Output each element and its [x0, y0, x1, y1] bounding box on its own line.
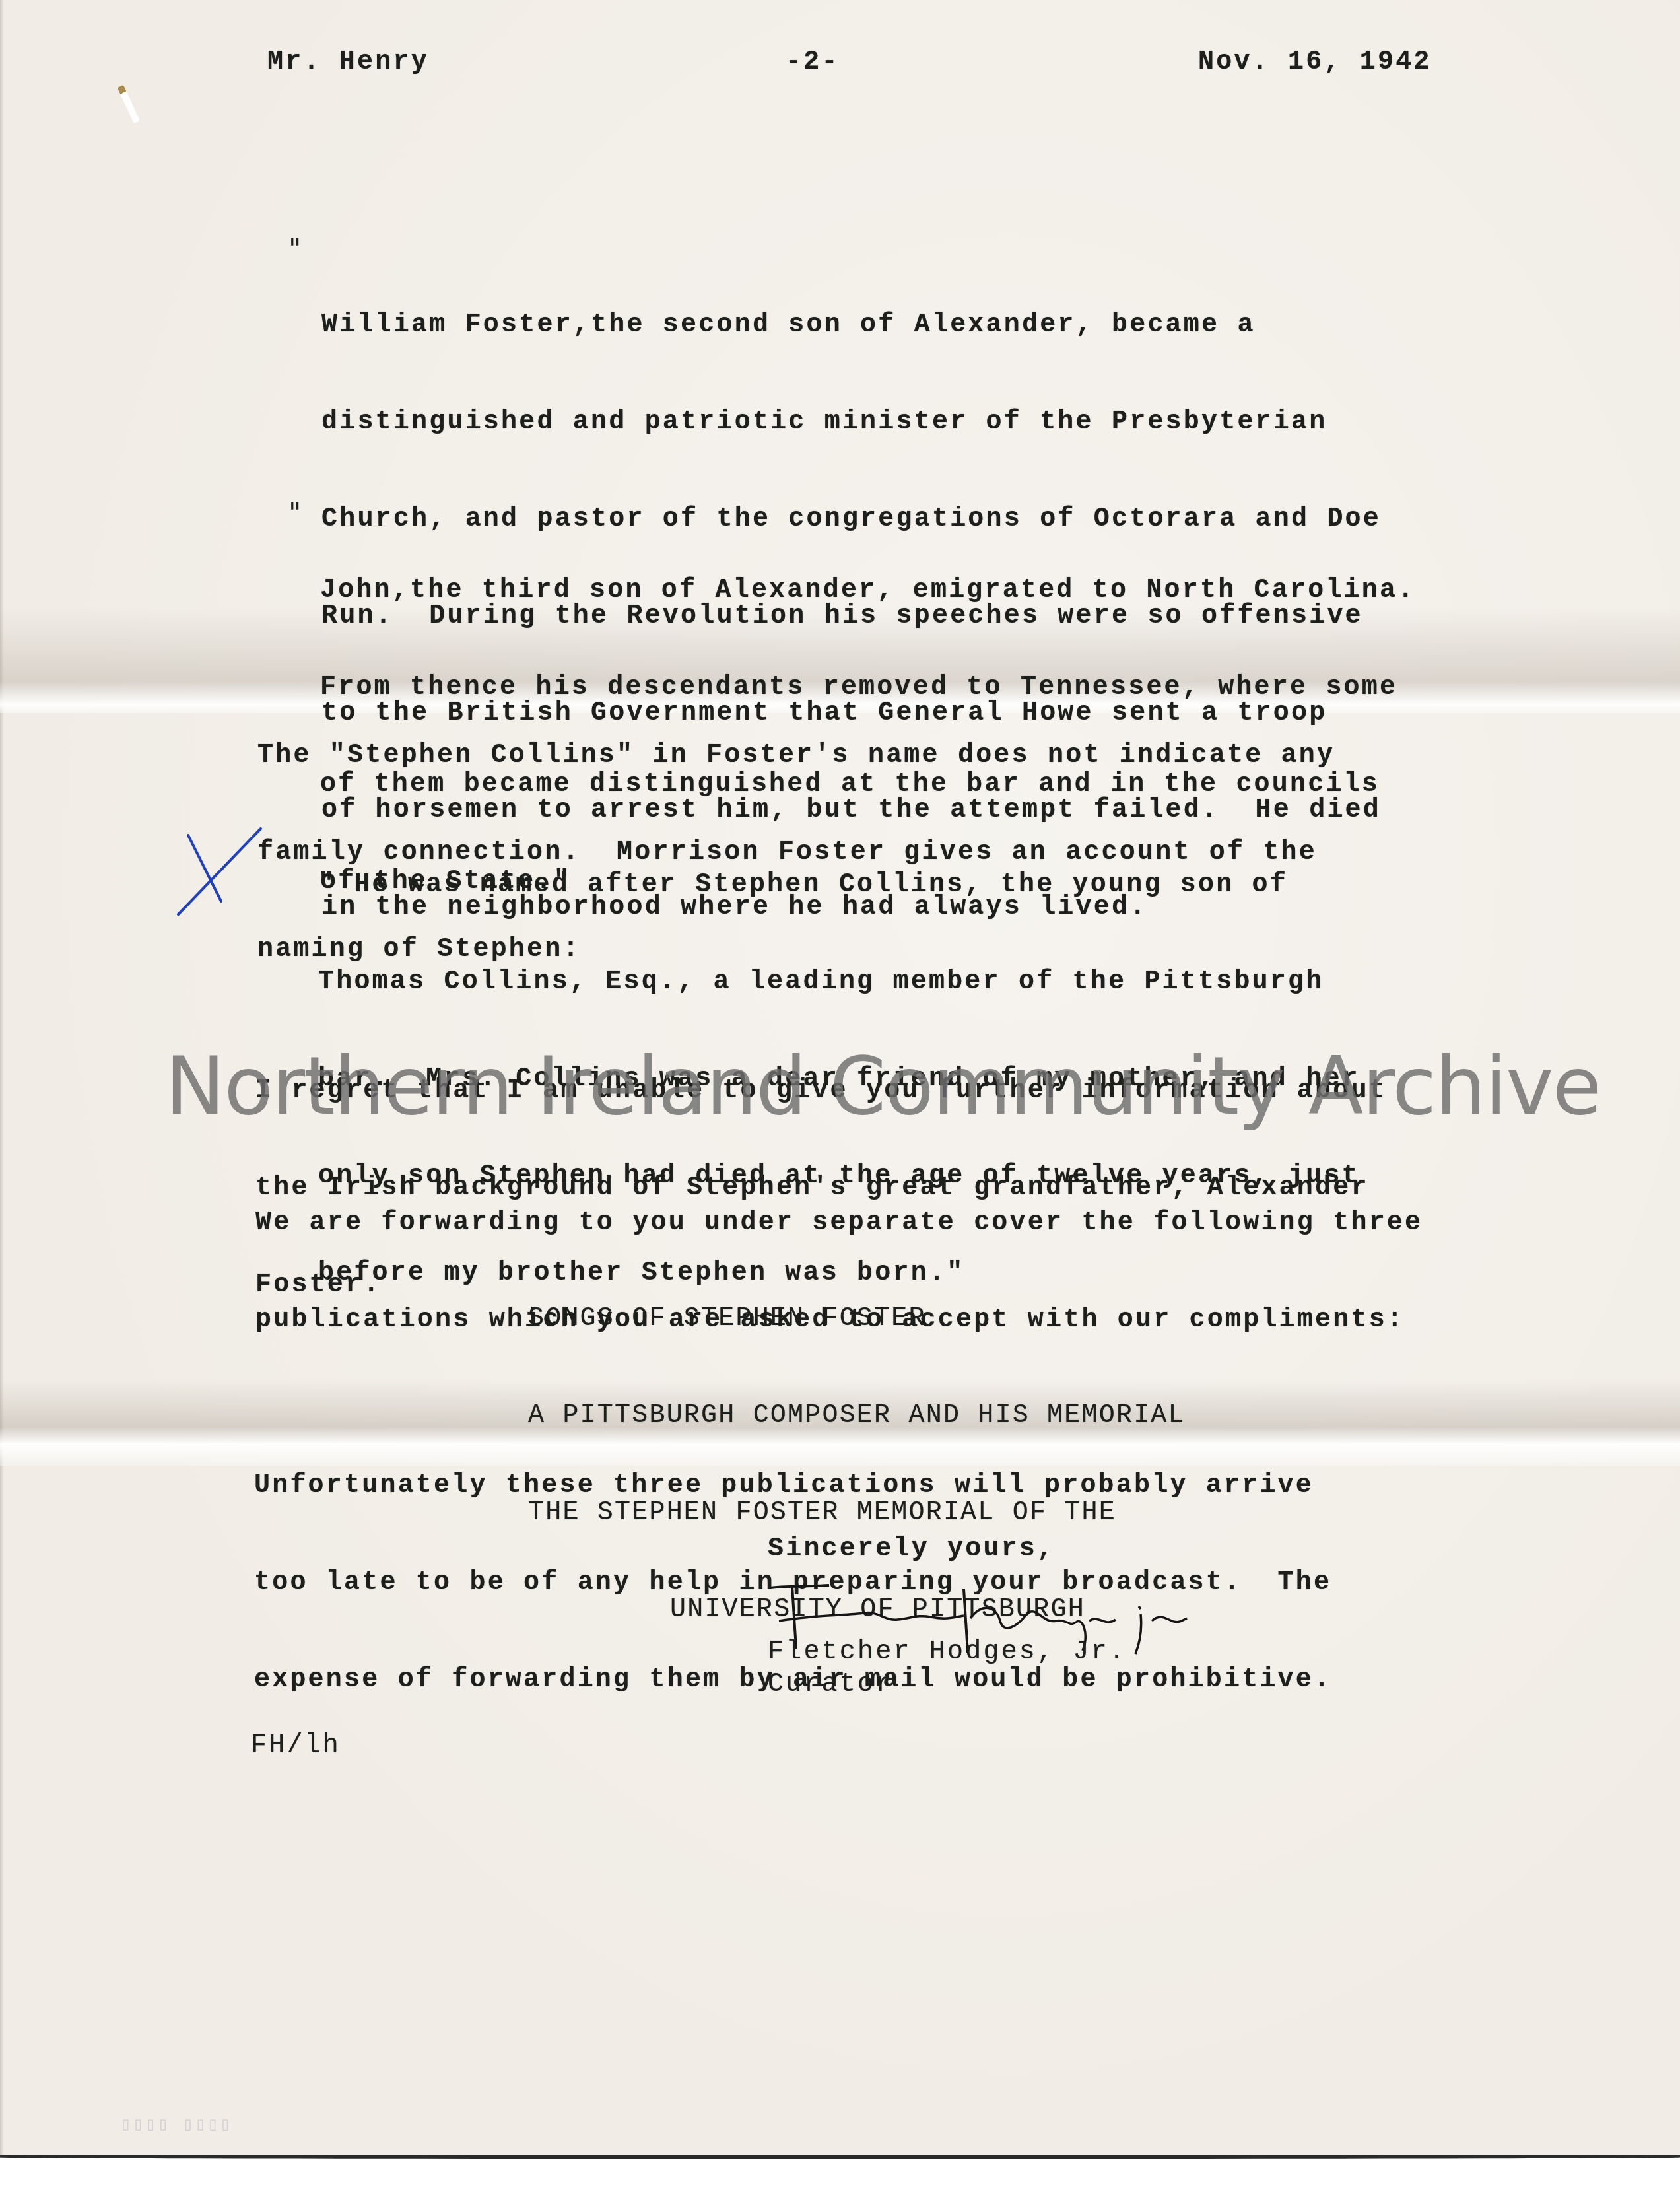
- text-line: Thomas Collins, Esq., a leading member o…: [318, 966, 1360, 998]
- text-line: William Foster,the second son of Alexand…: [321, 309, 1381, 341]
- page-bottom-edge: [0, 2155, 1680, 2159]
- header-recipient: Mr. Henry: [267, 46, 429, 79]
- handwritten-open-quote: ": [288, 496, 301, 529]
- text-line: distinguished and patriotic minister of …: [321, 406, 1381, 438]
- closing-salutation: Sincerely yours,: [768, 1533, 1055, 1565]
- text-line: We are forwarding to you under separate …: [255, 1207, 1423, 1239]
- page-left-edge: [0, 0, 4, 2158]
- blue-ink-x-mark: [165, 822, 271, 921]
- signer-name: Fletcher Hodges, Jr.: [768, 1636, 1127, 1668]
- text-line: The "Stephen Collins" in Foster's name d…: [257, 739, 1335, 772]
- header-page-number: -2-: [786, 46, 840, 79]
- text-line: John,the third son of Alexander, emigrat…: [320, 574, 1415, 607]
- signer-title: Curator: [768, 1668, 893, 1701]
- text-line: " He was named after Stephen Collins, th…: [318, 869, 1360, 901]
- text-line: Unfortunately these three publications w…: [254, 1470, 1331, 1502]
- faint-pencil-mark: ▯▯▯▯ ▯▯▯▯: [119, 2113, 231, 2135]
- publication-title: SONGS OF STEPHEN FOSTER: [528, 1303, 1186, 1335]
- text-line: I regret that I am unable to give you fu…: [255, 1075, 1387, 1107]
- handwritten-open-quote: ": [288, 232, 301, 265]
- reference-initials: FH/lh: [251, 1730, 341, 1762]
- header-date: Nov. 16, 1942: [1198, 46, 1432, 79]
